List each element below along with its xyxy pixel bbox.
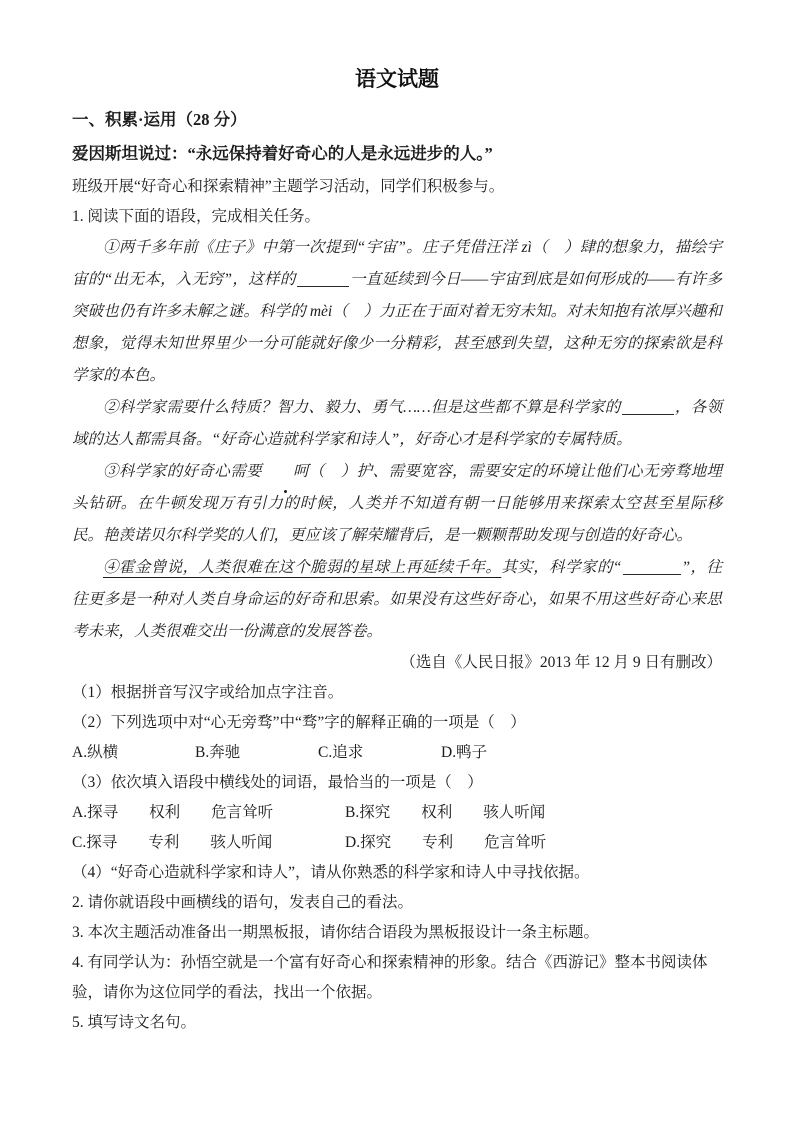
sub-question-3-options: A.探寻 权利 危言耸听 B.探究 权利 骇人听闻 C.探寻 专利 骇人听闻 D…: [72, 798, 722, 858]
passage-text: ③科学家的好奇心需要: [103, 463, 262, 480]
reading-passage: ①两千多年前《庄子》中第一次提到“宇宙”。庄子凭借汪洋 zì（ ）肆的想象力，描…: [72, 232, 722, 648]
fill-in-blank-3: [623, 572, 681, 575]
option-b: B.探究 权利 骇人听闻: [345, 798, 545, 828]
question-3: 3. 本次主题活动准备出一期黑板报，请你结合语段为黑板报设计一条主标题。: [72, 918, 722, 948]
option-a: A.纵横: [72, 738, 195, 768]
option-b: B.奔驰: [195, 738, 318, 768]
sub-question-4: （4）“好奇心造就科学家和诗人”，请从你熟悉的科学家和诗人中寻找依据。: [72, 858, 722, 888]
sub-question-2-options: A.纵横 B.奔驰 C.追求 D.鸭子: [72, 738, 722, 768]
passage-paragraph-1: ①两千多年前《庄子》中第一次提到“宇宙”。庄子凭借汪洋 zì（ ）肆的想象力，描…: [72, 232, 722, 392]
fill-in-blank-1: [297, 284, 349, 287]
page-title: 语文试题: [72, 66, 722, 92]
emphasis-dotted-char: 呵: [262, 456, 309, 488]
underlined-sentence: ④霍金曾说，人类很难在这个脆弱的星球上再延续千年。: [103, 559, 501, 576]
option-a: A.探寻 权利 危言耸听: [72, 798, 345, 828]
exam-paper-page: 语文试题 一、积累·运用（28 分） 爱因斯坦说过：“永远保持着好奇心的人是永远…: [0, 0, 793, 1122]
question-2: 2. 请你就语段中画横线的语句，发表自己的看法。: [72, 888, 722, 918]
passage-text: 其实，科学家的“: [501, 559, 621, 576]
section-heading: 一、积累·运用（28 分）: [72, 106, 722, 134]
options-row-2: C.探寻 专利 骇人听闻 D.探究 专利 危言耸听: [72, 828, 722, 858]
option-c: C.追求: [318, 738, 441, 768]
options-row-1: A.探寻 权利 危言耸听 B.探究 权利 骇人听闻: [72, 798, 722, 828]
question-5: 5. 填写诗文名句。: [72, 1008, 722, 1038]
passage-paragraph-3: ③科学家的好奇心需要呵（ ）护、需要宽容，需要安定的环境让他们心无旁骛地埋头钻研…: [72, 456, 722, 552]
intro-line: 班级开展“好奇心和探索精神”主题学习活动，同学们积极参与。: [72, 172, 722, 202]
option-c: C.探寻 专利 骇人听闻: [72, 828, 345, 858]
option-d: D.探究 专利 危言耸听: [345, 828, 546, 858]
option-d: D.鸭子: [441, 738, 487, 768]
sub-question-2: （2）下列选项中对“心无旁骛”中“骛”字的解释正确的一项是（ ）: [72, 708, 722, 738]
fill-in-blank-2: [622, 412, 674, 415]
sub-question-1: （1）根据拼音写汉字或给加点字注音。: [72, 678, 722, 708]
sub-question-3: （3）依次填入语段中横线处的词语，最恰当的一项是（ ）: [72, 768, 722, 798]
passage-paragraph-4: ④霍金曾说，人类很难在这个脆弱的星球上再延续千年。其实，科学家的“”，往往更多是…: [72, 552, 722, 648]
passage-paragraph-2: ②科学家需要什么特质？智力、毅力、勇气……但是这些都不算是科学家的，各领域的达人…: [72, 392, 722, 456]
passage-text: ②科学家需要什么特质？智力、毅力、勇气……但是这些都不算是科学家的: [103, 399, 621, 416]
source-attribution: （选自《人民日报》2013 年 12 月 9 日有删改）: [72, 648, 722, 678]
einstein-quote: 爱因斯坦说过：“永远保持着好奇心的人是永远进步的人。”: [72, 140, 722, 168]
question-1-stem: 1. 阅读下面的语段，完成相关任务。: [72, 202, 722, 232]
question-4: 4. 有同学认为：孙悟空就是一个富有好奇心和探索精神的形象。结合《西游记》整本书…: [72, 948, 722, 1008]
